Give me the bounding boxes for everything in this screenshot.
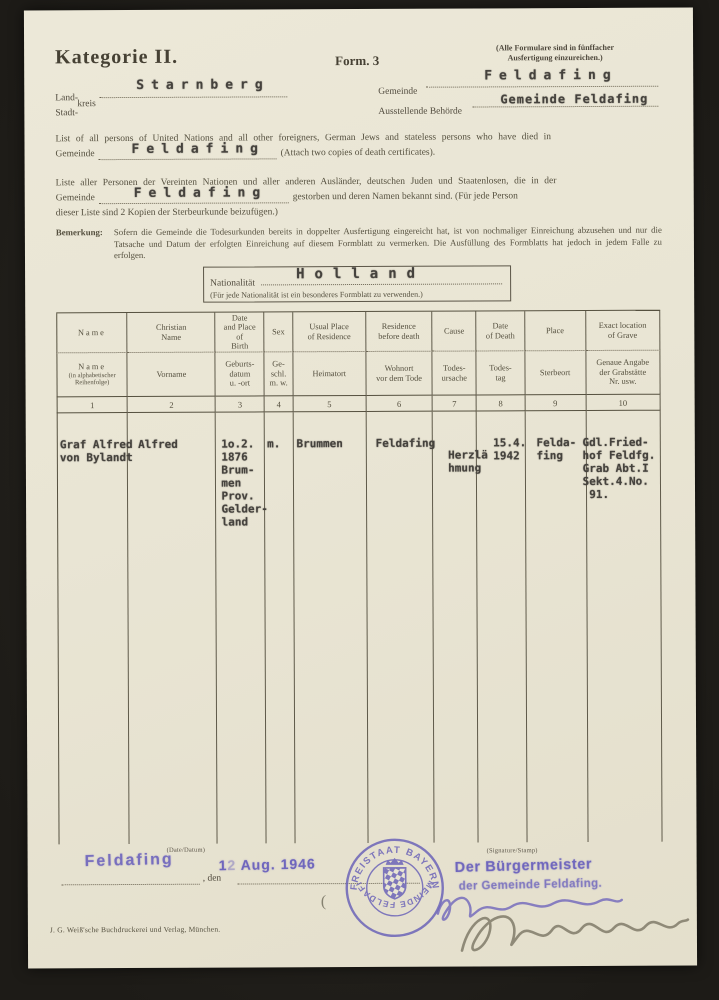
behoerde-value: Gemeinde Feldafing xyxy=(500,92,648,107)
district-value: Starnberg xyxy=(136,77,270,93)
cell-birth: 1o.2. 1876 Brum- men Prov. Gelder- land xyxy=(216,412,267,843)
nationality-row: Nationalität Holland xyxy=(210,269,504,288)
remark-block: Bemerkung: Sofern die Gemeinde die Todes… xyxy=(56,225,662,262)
col-header: Ge- schl. m. w. xyxy=(265,352,294,396)
col-number: 5 xyxy=(293,396,366,412)
intro-de-line2: Gemeinde Feldafing gestorben und deren N… xyxy=(56,189,662,207)
cell-name: Graf Alfred von Bylandt xyxy=(57,413,130,844)
cell-cause: Herzlä hmung xyxy=(433,411,479,842)
stadt-label: Stadt- xyxy=(55,108,78,118)
col-header: Date and Place of Birth xyxy=(216,312,265,352)
form-number: Form. 3 xyxy=(335,53,379,69)
behoerde-fill-line xyxy=(472,106,658,108)
seal-shield xyxy=(384,868,406,899)
mayor-stamp-line1: Der Bürgermeister xyxy=(454,857,592,876)
intro-de-gemeinde-value: Feldafing xyxy=(134,185,268,201)
col-header: Date of Death xyxy=(477,311,525,351)
col-header: Todes- tag xyxy=(477,351,526,395)
kreis-label: kreis xyxy=(77,99,96,109)
col-number: 8 xyxy=(477,395,525,411)
col-number: 6 xyxy=(366,396,433,412)
nationality-label: Nationalität xyxy=(210,278,255,288)
nationality-box: Nationalität Holland (Für jede Nationali… xyxy=(203,265,511,302)
col-header: Place xyxy=(525,311,586,351)
pencil-mark: ( xyxy=(321,893,326,911)
date-stamp: 12 Aug. 1946 xyxy=(219,856,316,874)
col-header: Sex xyxy=(265,312,294,352)
gemeinde-label: Gemeinde xyxy=(378,87,417,97)
nationality-fill-line xyxy=(261,283,502,285)
col-number: 4 xyxy=(265,396,293,412)
district-fill-line xyxy=(99,96,287,98)
intro-en-gemeinde-label: Gemeinde xyxy=(56,147,95,162)
col-header: Genaue Angabe der Grabstätte Nr. usw. xyxy=(586,351,660,395)
intro-de-gemeinde-label: Gemeinde xyxy=(56,191,95,206)
col-number: 10 xyxy=(586,395,660,411)
col-header: Heimatort xyxy=(293,352,366,396)
intro-en-tail: (Attach two copies of death certificates… xyxy=(281,146,436,162)
col-number: 3 xyxy=(216,396,265,412)
date-label: (Date/Datum) xyxy=(167,847,206,854)
intro-en-line2: Gemeinde Feldafing (Attach two copies of… xyxy=(56,145,662,163)
cell-christian-name: Alfred xyxy=(128,413,218,844)
col-header: Residence before death xyxy=(366,312,433,352)
remark-text: Sofern die Gemeinde die Todesurkunden be… xyxy=(114,225,662,262)
gemeinde-fill-line xyxy=(426,86,658,88)
col-header: Usual Place of Residence xyxy=(293,312,366,352)
col-header-sub: (in alphabetischer Reihenfolge) xyxy=(69,372,116,387)
nationality-note: (Für jede Nationalität ist ein besondere… xyxy=(210,287,504,299)
intro-de-fill-line xyxy=(99,202,289,204)
col-header: Christian Name xyxy=(127,313,215,353)
date-fill-line xyxy=(62,884,200,886)
col-header: Name xyxy=(56,313,127,353)
intro-en-fill-line xyxy=(99,158,277,160)
behoerde-label: Ausstellende Behörde xyxy=(378,107,462,117)
deaths-table: Name Christian Name Date and Place of Bi… xyxy=(56,310,662,845)
col-header: Cause xyxy=(432,311,476,351)
nationality-value: Holland xyxy=(296,266,425,283)
signature-label: (Signature/Stamp) xyxy=(487,847,538,854)
table-header-german: Name (in alphabetischer Reihenfolge) Vor… xyxy=(56,351,660,398)
col-header: Sterbeort xyxy=(525,351,586,395)
col-header: Exact location of Grave xyxy=(586,311,660,351)
col-number: 9 xyxy=(525,395,586,411)
col-header: Todes- ursache xyxy=(433,351,477,395)
seal-crown xyxy=(386,858,404,865)
col-number: 7 xyxy=(433,395,477,411)
cell-grave: Gdl.Fried- hof Feldfg. Grab Abt.I Sekt.4… xyxy=(586,411,662,842)
col-number: 1 xyxy=(57,397,128,413)
land-label: Land- xyxy=(55,93,78,103)
cell-date-of-death: 15.4. 1942 xyxy=(477,411,527,842)
col-header: Wohnort vor dem Tode xyxy=(366,352,433,396)
remark-label: Bemerkung: xyxy=(56,227,114,262)
cell-residence-before-death: Feldafing xyxy=(366,412,434,843)
col-header: Name (in alphabetischer Reihenfolge) xyxy=(56,353,127,397)
col-header: Vorname xyxy=(128,353,216,397)
intro-en-gemeinde-value: Feldafing xyxy=(131,141,265,157)
pencil-signature xyxy=(454,904,692,965)
gemeinde-value: Feldafing xyxy=(484,68,618,84)
table-row: Graf Alfred von Bylandt Alfred 1o.2. 187… xyxy=(57,411,663,845)
cell-place-of-death: Felda- fing xyxy=(525,411,588,842)
intro-de-line3: dieser Liste sind 2 Kopien der Sterbeurk… xyxy=(56,204,662,222)
col-number: 2 xyxy=(128,397,216,413)
document-page: Kategorie II. Form. 3 (Alle Formulare si… xyxy=(24,8,697,969)
intro-de-tail: gestorben und deren Namen bekannt sind. … xyxy=(293,189,518,205)
category-title: Kategorie II. xyxy=(55,46,178,70)
table-header-english: Name Christian Name Date and Place of Bi… xyxy=(56,311,660,354)
printer-imprint: J. G. Weiß'sche Buchdruckerei und Verlag… xyxy=(50,925,220,935)
den-label: , den xyxy=(203,874,222,884)
copies-note: (Alle Formulare sind in fünffacher Ausfe… xyxy=(455,43,655,64)
cell-sex: m. xyxy=(265,412,295,843)
place-stamp: Feldafing xyxy=(84,851,174,871)
intro-english: List of all persons of United Nations an… xyxy=(55,130,661,163)
cell-residence: Brummen xyxy=(293,412,368,843)
intro-german: Liste aller Personen der Vereinten Natio… xyxy=(56,174,662,222)
col-header: Geburts- datum u. -ort xyxy=(216,352,265,396)
